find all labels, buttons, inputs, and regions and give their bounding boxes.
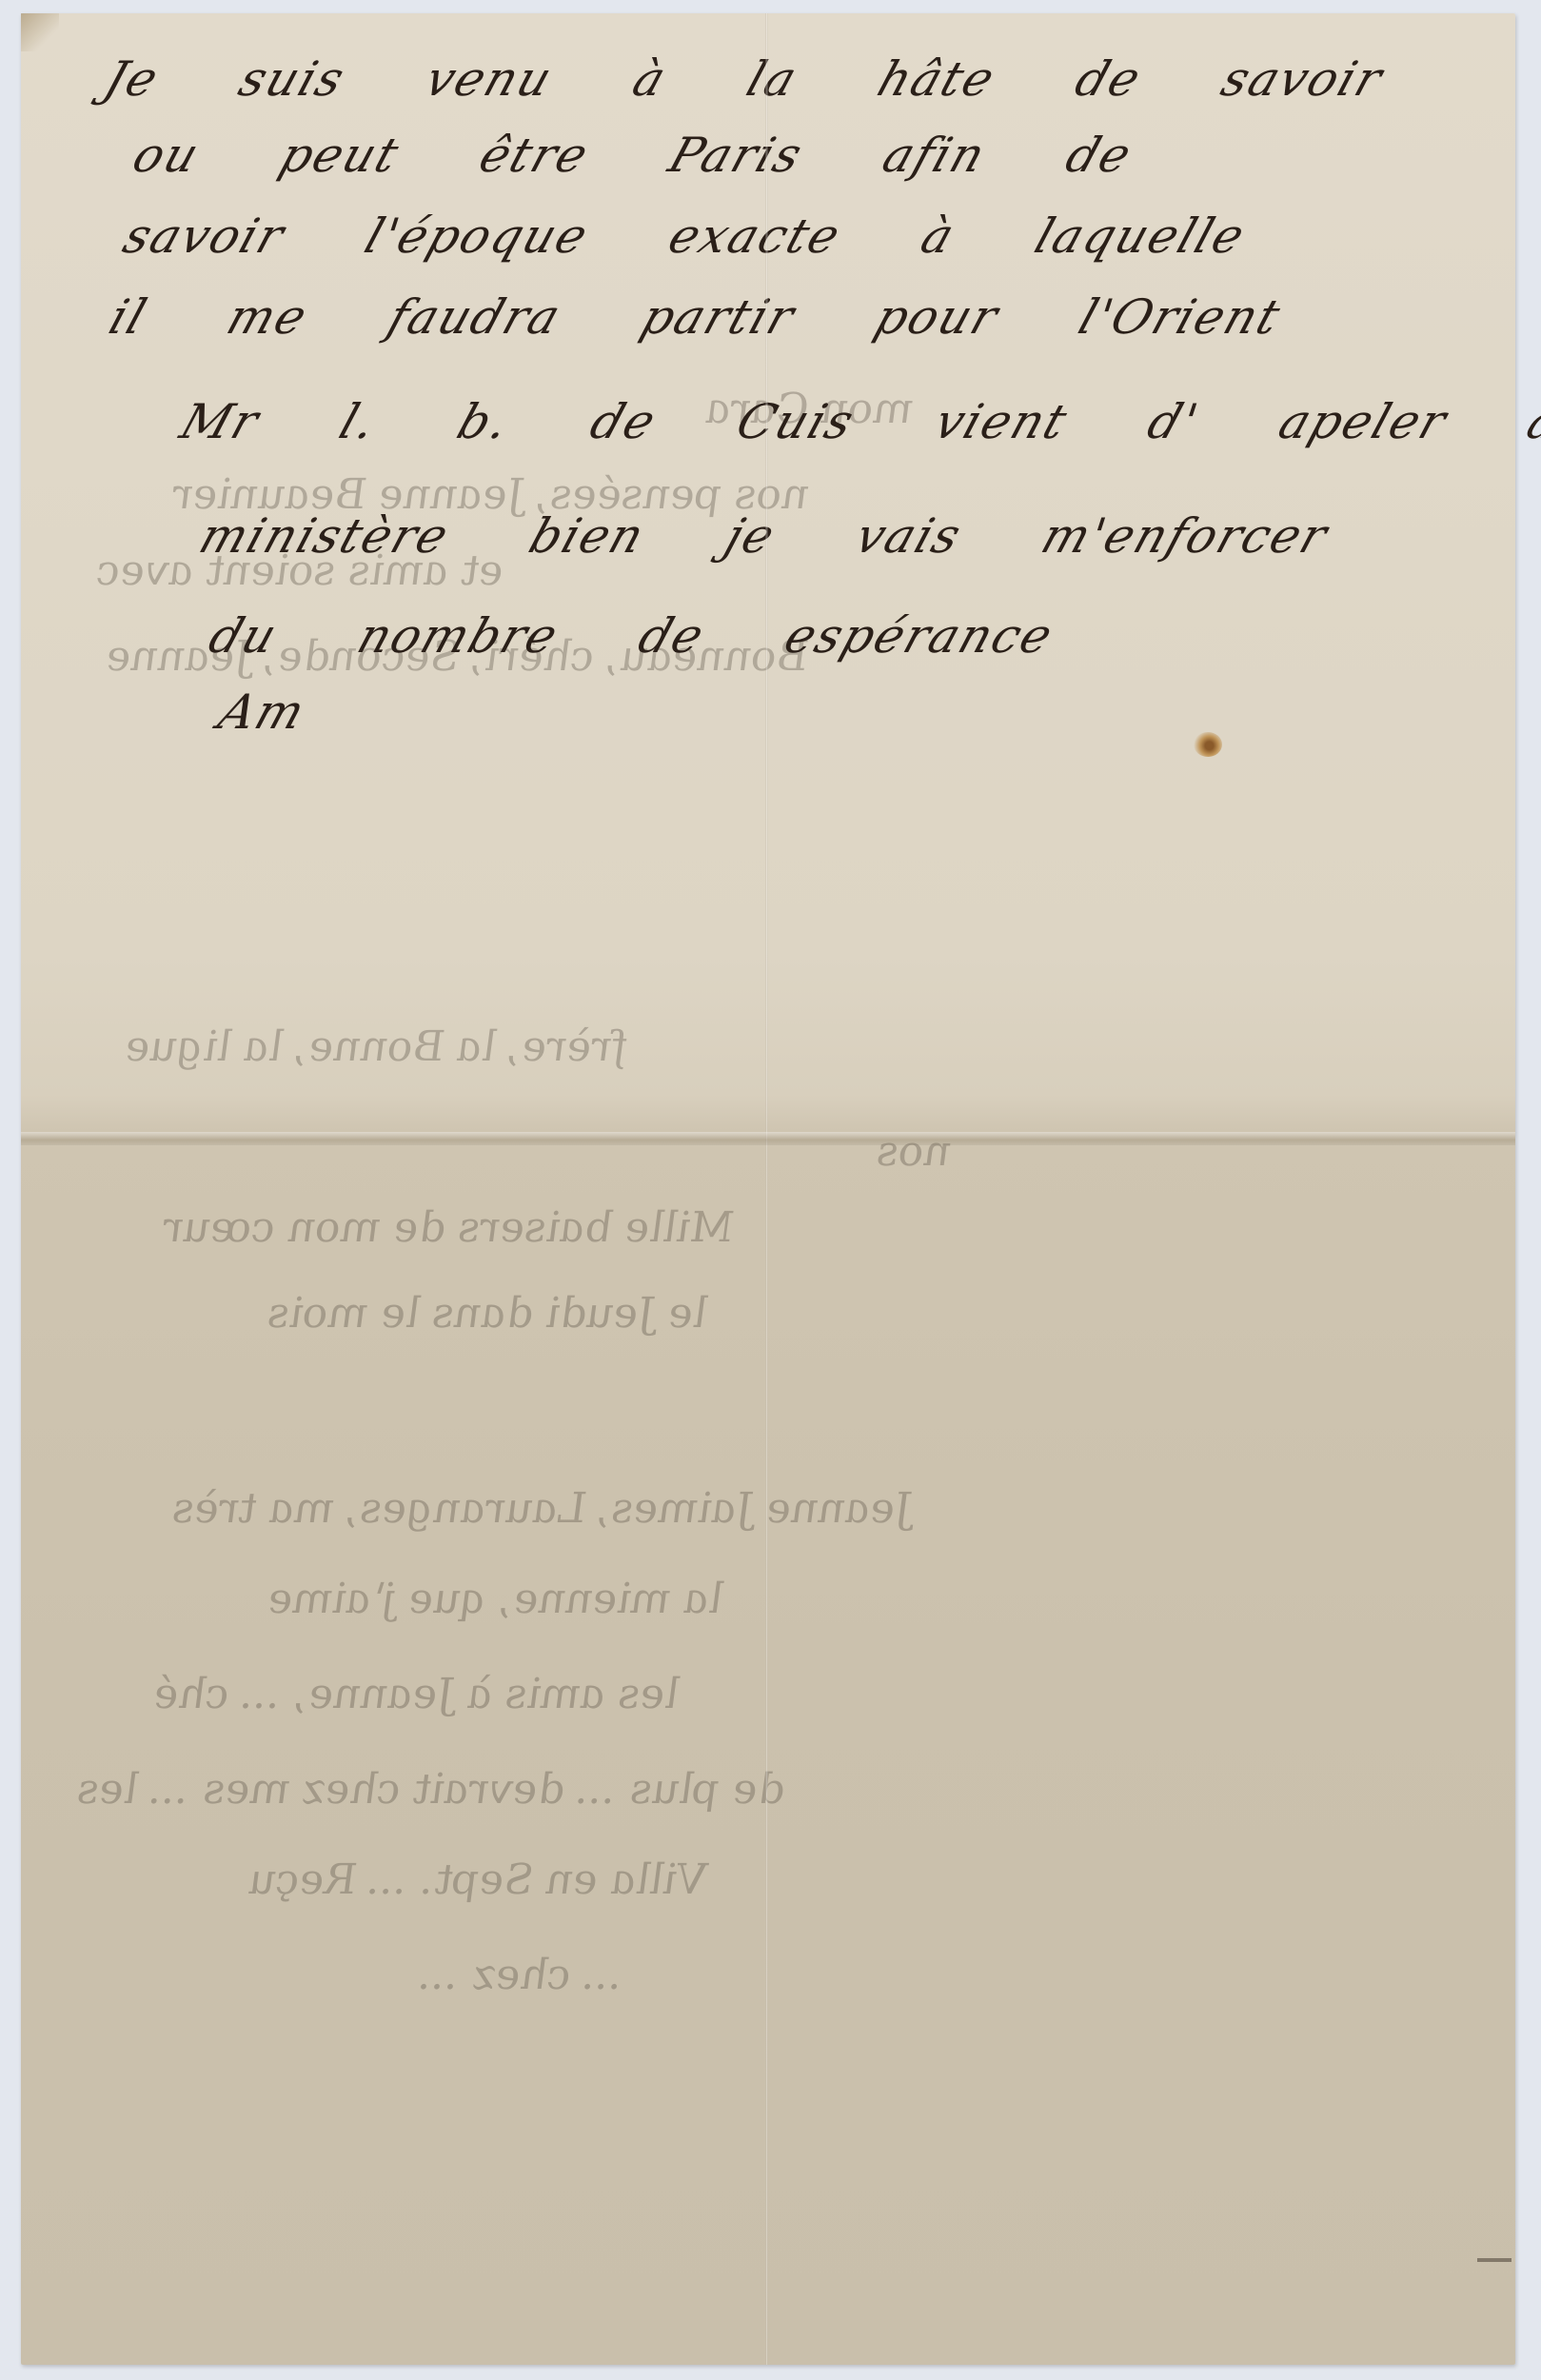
letter-line-3: savoir l'époque exacte à laquelle: [117, 208, 1320, 264]
bleed-through-line: frère, la Bonne, la ligue: [118, 1022, 636, 1071]
word: l'époque: [358, 208, 596, 264]
word: vient: [928, 394, 1076, 449]
word: b.: [450, 394, 518, 449]
word: d': [1141, 394, 1207, 449]
word: hâte: [871, 51, 1003, 107]
word: laquelle: [1028, 208, 1253, 264]
word: ministère: [193, 508, 457, 564]
word: venu: [419, 51, 561, 107]
word: ou: [127, 128, 207, 183]
word: afin: [876, 128, 993, 183]
bleed-through-line: les amis à Jeanne, ... ché: [147, 1670, 687, 1718]
word: vais: [849, 508, 970, 564]
edge-mark: [1477, 2258, 1511, 2262]
word: au: [1520, 394, 1541, 449]
vertical-fold: [765, 13, 768, 2365]
word: savoir: [117, 208, 293, 264]
word: peut: [273, 128, 407, 183]
letter-line-1: Je suis venu à la hâte de savoir: [98, 51, 1457, 107]
word: de: [632, 608, 712, 664]
word: savoir: [1215, 51, 1391, 107]
word: à: [626, 51, 675, 107]
word: Paris: [662, 128, 811, 183]
word: je: [719, 508, 783, 564]
word: à: [915, 208, 963, 264]
word: Mr: [174, 394, 267, 449]
letter-page: mon Cara nos pensées, Jeanne Beaunier et…: [21, 13, 1515, 2365]
word: de: [1059, 128, 1139, 183]
letter-line-5: Mr l. b. de Cuis vient d' apeler au: [174, 394, 1541, 449]
word: être: [473, 128, 597, 183]
letter-line-7: du nombre de espérance: [203, 608, 1128, 664]
word: m'enforcer: [1035, 508, 1335, 564]
word: me: [220, 289, 315, 345]
word: partir: [635, 289, 803, 345]
word: suis: [232, 51, 352, 107]
letter-line-2: ou peut être Paris afin de: [127, 128, 1207, 183]
word: du: [203, 608, 286, 664]
bleed-through-line: Mille baisers de mon cœur: [156, 1203, 741, 1252]
word: l.: [333, 394, 385, 449]
bleed-through-line: le Jeudi dans le mois: [261, 1289, 715, 1338]
word: exacte: [662, 208, 848, 264]
bleed-through-line: de plus ... devrait chez mes ... les: [70, 1765, 793, 1814]
word: espérance: [778, 608, 1060, 664]
signature: Am: [212, 684, 313, 740]
word: la: [740, 51, 805, 107]
horizontal-fold: [21, 1132, 1515, 1145]
letter-line-6: ministère bien je vais m'enforcer: [193, 508, 1402, 564]
word: nombre: [351, 608, 566, 664]
word: pour: [868, 289, 1006, 345]
bleed-through-line: ... chez ...: [413, 1951, 633, 1999]
corner-discoloration: [21, 13, 59, 51]
word: Je: [98, 51, 167, 107]
word: Cuis: [730, 394, 862, 449]
word: faudra: [381, 289, 568, 345]
foxing-stain: [1194, 732, 1222, 757]
bleed-through-line: Villa en Sept. ... Reçu: [242, 1855, 714, 1904]
word: de: [1069, 51, 1149, 107]
bleed-through-line: la mienne, que j'aime: [261, 1575, 731, 1623]
bleed-through-line: Jeanne Jaimes, Lauranges, ma très: [166, 1484, 920, 1533]
word: l'Orient: [1072, 289, 1288, 345]
letter-line-4: il me faudra partir pour l'Orient: [103, 289, 1355, 345]
word: apeler: [1272, 394, 1454, 449]
word: de: [583, 394, 663, 449]
word: bien: [523, 508, 653, 564]
word: il: [103, 289, 155, 345]
